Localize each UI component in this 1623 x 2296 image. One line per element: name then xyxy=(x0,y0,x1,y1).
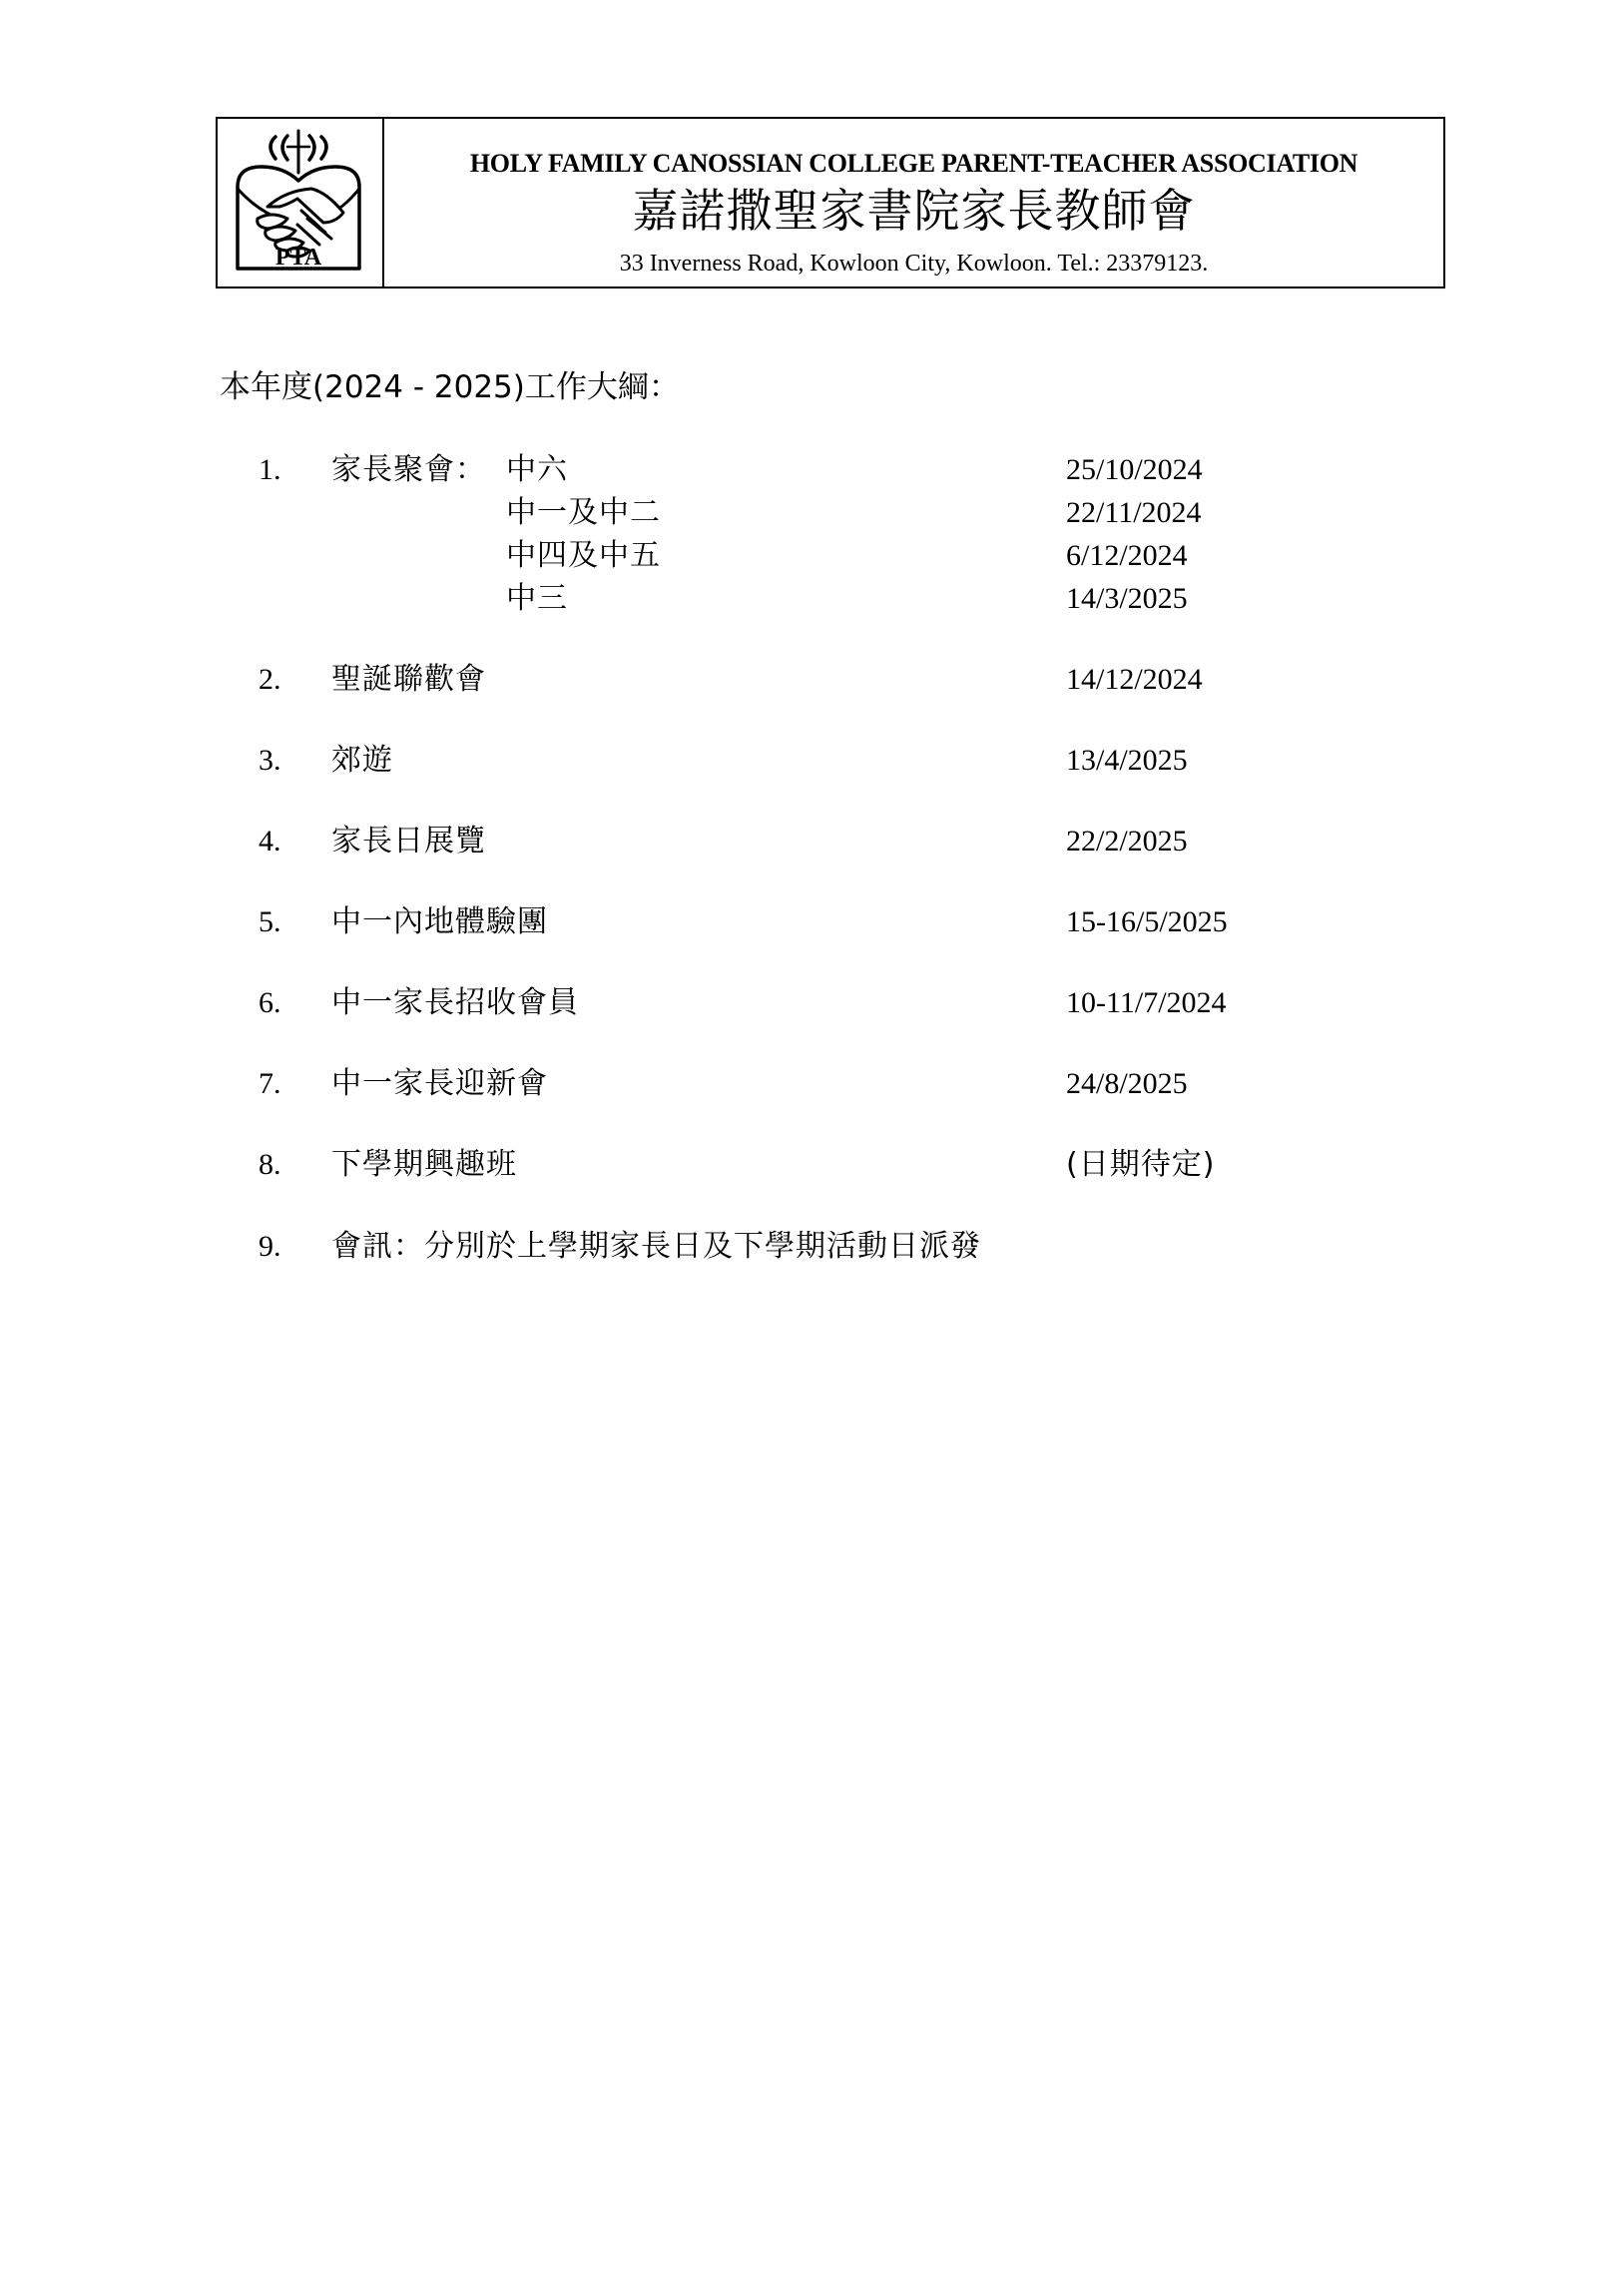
section-heading: 本年度(2024 - 2025)工作大綱： xyxy=(220,367,680,407)
item-date: 22/2/2025 xyxy=(1066,820,1188,862)
item-date: 25/10/2024 xyxy=(1066,448,1203,491)
item-number: 6. xyxy=(259,981,281,1024)
item-number: 2. xyxy=(259,658,281,701)
letterhead-titles: HOLY FAMILY CANOSSIAN COLLEGE PARENT-TEA… xyxy=(384,119,1443,287)
item-date: 22/11/2024 xyxy=(1066,491,1202,534)
item-label: 下學期興趣班 xyxy=(331,1143,517,1186)
organization-address: 33 Inverness Road, Kowloon City, Kowloon… xyxy=(384,250,1443,278)
item-number: 7. xyxy=(259,1062,281,1105)
item-number: 4. xyxy=(259,820,281,862)
list-item: 5. 中一內地體驗團 15-16/5/2025 xyxy=(0,900,1623,943)
item-date: 24/8/2025 xyxy=(1066,1062,1188,1105)
list-item: 3. 郊遊 13/4/2025 xyxy=(0,739,1623,782)
item-label: 中一內地體驗團 xyxy=(331,900,548,943)
document-page: PTA HOLY FAMILY CANOSSIAN COLLEGE PARENT… xyxy=(0,0,1623,2296)
list-item: 1. 家長聚會： 中六 25/10/2024 xyxy=(0,448,1623,491)
logo-cell: PTA xyxy=(218,119,384,287)
item-number: 8. xyxy=(259,1143,281,1186)
sub-item: 中一及中二 22/11/2024 xyxy=(0,491,1623,534)
item-date: 10-11/7/2024 xyxy=(1066,981,1227,1024)
item-label: 家長日展覽 xyxy=(331,820,486,862)
organization-name-chinese: 嘉諾撒聖家書院家長教師會 xyxy=(384,183,1443,239)
letterhead: PTA HOLY FAMILY CANOSSIAN COLLEGE PARENT… xyxy=(216,117,1445,288)
pta-handshake-logo-icon: PTA xyxy=(228,127,371,279)
item-label: 會訊：分別於上學期家長日及下學期活動日派發 xyxy=(331,1225,981,1268)
sub-item-label: 中四及中五 xyxy=(506,534,661,577)
list-item: 6. 中一家長招收會員 10-11/7/2024 xyxy=(0,981,1623,1024)
list-item: 7. 中一家長迎新會 24/8/2025 xyxy=(0,1062,1623,1105)
item-number: 9. xyxy=(259,1225,281,1268)
sub-item-label: 中六 xyxy=(506,448,568,491)
svg-text:PTA: PTA xyxy=(275,245,322,271)
item-label: 家長聚會： xyxy=(331,448,486,491)
item-date: 15-16/5/2025 xyxy=(1066,900,1228,943)
sub-item: 中三 14/3/2025 xyxy=(0,577,1623,620)
item-date-tbd: (日期待定) xyxy=(1066,1143,1215,1186)
sub-item-label: 中一及中二 xyxy=(506,491,661,534)
list-item: 2. 聖誕聯歡會 14/12/2024 xyxy=(0,658,1623,701)
item-date: 13/4/2025 xyxy=(1066,739,1188,782)
item-label: 中一家長迎新會 xyxy=(331,1062,548,1105)
item-label: 聖誕聯歡會 xyxy=(331,658,486,701)
list-item: 8. 下學期興趣班 (日期待定) xyxy=(0,1143,1623,1186)
item-date: 14/3/2025 xyxy=(1066,577,1188,620)
item-date: 14/12/2024 xyxy=(1066,658,1203,701)
item-date: 6/12/2024 xyxy=(1066,534,1188,577)
list-item: 9. 會訊：分別於上學期家長日及下學期活動日派發 xyxy=(0,1225,1623,1268)
item-number: 1. xyxy=(259,448,281,491)
item-number: 3. xyxy=(259,739,281,782)
list-item: 4. 家長日展覽 22/2/2025 xyxy=(0,820,1623,862)
item-label: 郊遊 xyxy=(331,739,393,782)
organization-name-english: HOLY FAMILY CANOSSIAN COLLEGE PARENT-TEA… xyxy=(384,149,1443,179)
sub-item: 中四及中五 6/12/2024 xyxy=(0,534,1623,577)
item-label: 中一家長招收會員 xyxy=(331,981,579,1024)
sub-item-label: 中三 xyxy=(506,577,568,620)
item-number: 5. xyxy=(259,900,281,943)
